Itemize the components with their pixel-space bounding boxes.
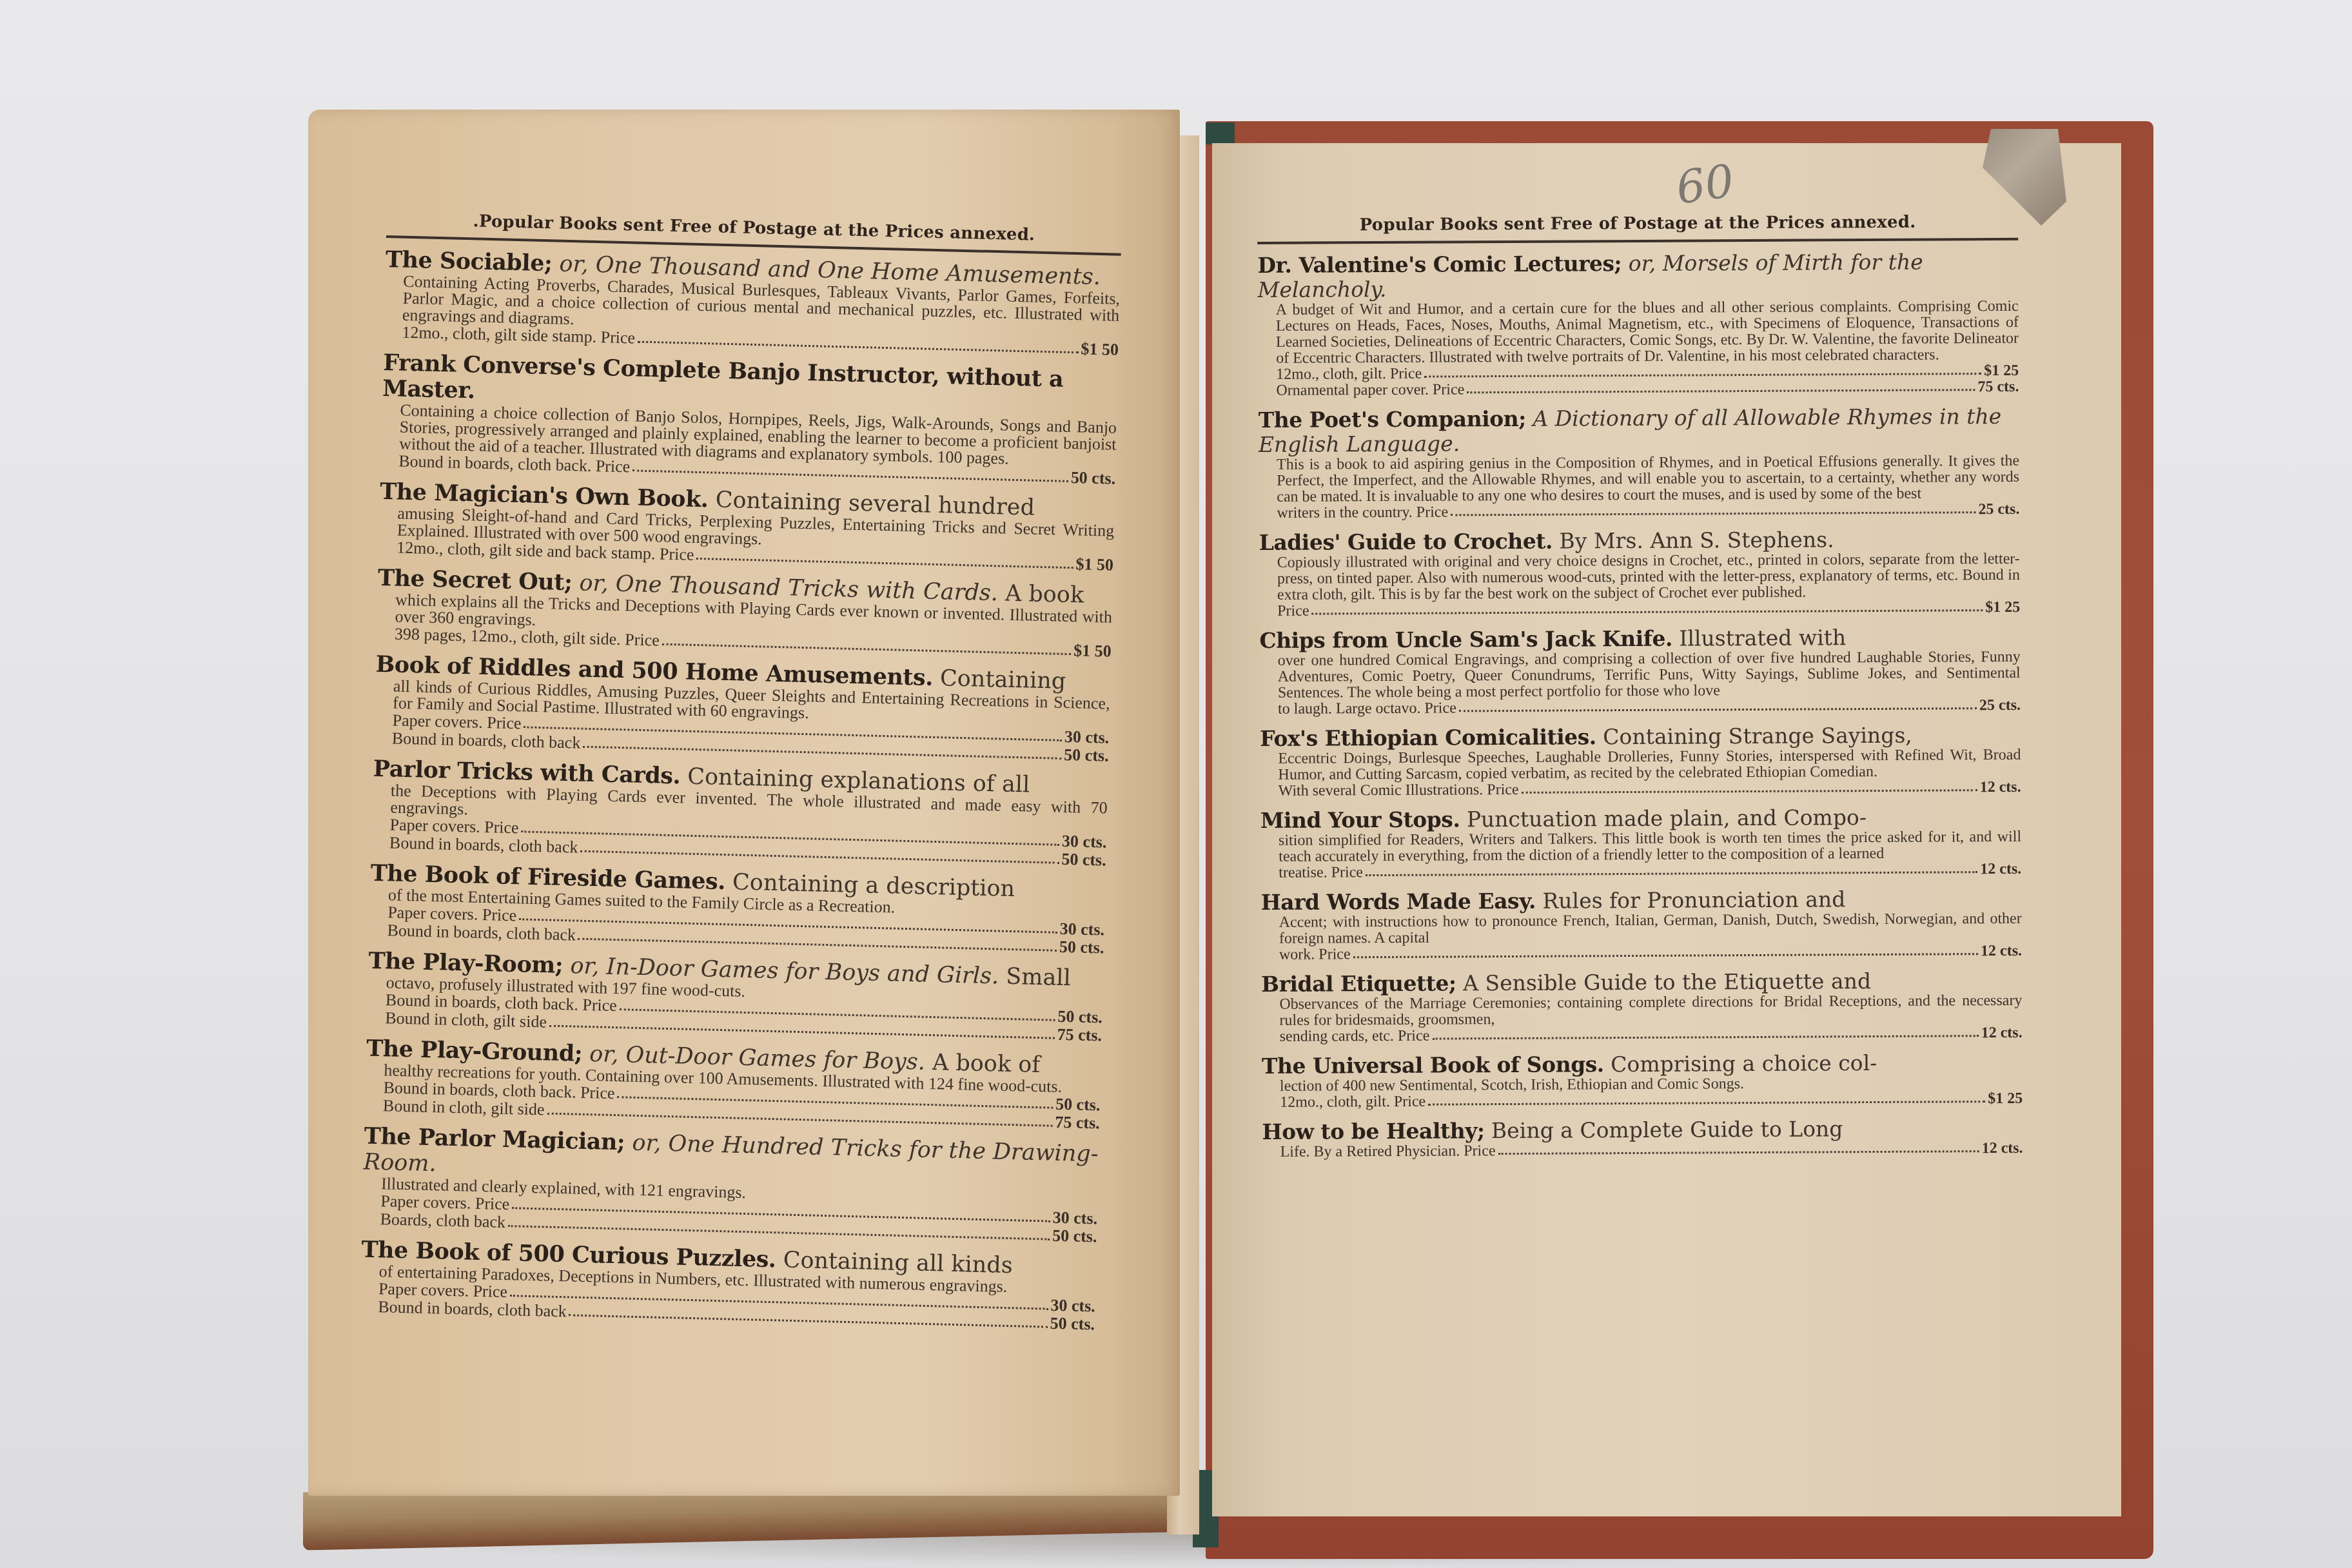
book-title: Bridal Etiquette; [1261,970,1456,997]
book-title: Chips from Uncle Sam's Jack Knife. [1259,626,1672,653]
running-head: Popular Books sent Free of Postage at th… [1257,212,2018,244]
book-lead: A Sensible Guide to the Etiquette and [1463,968,1871,995]
book-description: Observances of the Marriage Ceremonies; … [1261,993,2022,1029]
book-entry: How to be Healthy; Being a Complete Guid… [1262,1116,2023,1161]
book-description: sition simplified for Readers, Writers a… [1260,829,2021,865]
price-value: 25 cts. [1978,502,2019,518]
price-label: Life. By a Retired Physician. Price [1280,1143,1496,1161]
book-title: Mind Your Stops. [1260,807,1460,833]
price-value: 12 cts. [1980,861,2021,877]
pencil-annotation: 60 [1673,154,1738,215]
price-list: writers in the country. Price 25 cts. [1259,502,2019,522]
dot-leader [1467,389,1975,393]
price-label: to laugh. Large octavo. Price [1278,700,1456,717]
dot-leader [638,341,1079,354]
dot-leader [547,1112,1052,1126]
price-value: 75 cts. [1057,1026,1102,1045]
spine-cloth-top [1206,122,1235,144]
book-entry: The Book of 500 Curious Puzzles. Contain… [360,1237,1097,1334]
dot-leader [1428,1101,1985,1106]
dot-leader [580,850,1059,864]
book-entry: The Poet's Companion; A Dictionary of al… [1259,404,2020,522]
book-entry: Book of Riddles and 500 Home Amusements.… [374,652,1111,765]
book-entry: The Magician's Own Book. Containing seve… [378,479,1115,574]
book-entry: Bridal Etiquette; A Sensible Guide to th… [1261,968,2023,1045]
book-description: over one hundred Comical Engravings, and… [1260,649,2021,701]
book-entry: The Universal Book of Songs. Comprising … [1262,1050,2023,1111]
book-title: Frank Converse's Complete Banjo Instruct… [382,349,1064,404]
price-line: Ornamental paper cover. Price 75 cts. [1258,379,2019,399]
price-label: Bound in boards, cloth back [378,1298,567,1320]
book-entry: Hard Words Made Easy. Rules for Pronunci… [1260,887,2022,963]
price-label: Bound in boards, cloth back [387,921,576,944]
book-entry: The Parlor Magician; or, One Hundred Tri… [362,1124,1099,1246]
dot-leader [662,643,1071,656]
dot-leader [696,558,1073,569]
dot-leader [1312,609,1983,614]
price-value: $1 25 [1984,363,2019,379]
book-lead: Rules for Pronunciation and [1542,887,1845,913]
price-list: to laugh. Large octavo. Price 25 cts. [1260,698,2021,718]
price-value: 75 cts. [1055,1113,1100,1133]
book-title: How to be Healthy; [1262,1118,1484,1144]
book-lead: Punctuation made plain, and Compo- [1467,805,1867,832]
price-value: 30 cts. [1052,1209,1097,1228]
book-title: Hard Words Made Easy. [1260,888,1536,915]
book-entry: The Secret Out; or, One Thousand Tricks … [377,565,1113,661]
book-entry: Mind Your Stops. Punctuation made plain,… [1260,805,2022,881]
book-listing: The Sociable; or, One Thousand and One H… [360,247,1121,1333]
book-entry: Ladies' Guide to Crochet. By Mrs. Ann S.… [1259,527,2021,620]
book-entry: Parlor Tricks with Cards. Containing exp… [371,756,1108,870]
book-listing: Dr. Valentine's Comic Lectures; or, Mors… [1257,250,2023,1161]
price-list: 12mo., cloth, gilt. Price $1 25 Ornament… [1258,363,2019,399]
book-description: This is a book to aid aspiring genius in… [1259,453,2019,505]
book-lead: A book of [932,1050,1041,1078]
book-title: Ladies' Guide to Crochet. [1259,529,1553,555]
price-label: Bound in cloth, gilt side [383,1097,545,1119]
price-label: work. Price [1279,946,1351,963]
price-label: Bound in boards, cloth back [389,834,578,856]
dot-leader [1366,871,1977,876]
price-value: $1 25 [1988,1091,2023,1107]
dot-leader [549,1025,1055,1039]
dot-leader [1498,1150,1979,1155]
book-title: The Universal Book of Songs. [1262,1052,1604,1079]
price-value: 25 cts. [1979,698,2021,714]
price-value: 50 cts. [1055,1095,1101,1115]
price-line: writers in the country. Price 25 cts. [1259,502,2019,522]
price-value: 50 cts. [1050,1315,1095,1334]
book-entry: The Play-Ground; or, Out-Door Games for … [365,1036,1102,1133]
book-title: Dr. Valentine's Comic Lectures; [1257,251,1622,278]
price-value: 50 cts. [1057,1008,1102,1027]
price-value: 30 cts. [1062,832,1107,852]
dot-leader [1432,1035,1978,1039]
book-lead: Comprising a choice col- [1611,1050,1877,1077]
book-lead: By Mrs. Ann S. Stephens. [1559,527,1834,553]
price-value: 30 cts. [1059,920,1104,939]
book-lead: A book [1005,581,1084,609]
price-value: 12 cts. [1981,1025,2023,1041]
book-title: The Poet's Companion; [1259,406,1526,433]
price-value: 30 cts. [1050,1297,1095,1316]
dot-leader [632,469,1068,482]
book-description: Accent; with instructions how to pronoun… [1261,911,2022,947]
price-value: 50 cts. [1059,938,1104,957]
price-label: Bound in cloth, gilt side [385,1009,547,1031]
book-entry: The Play-Room; or, In-Door Games for Boy… [367,948,1104,1045]
price-line: to laugh. Large octavo. Price 25 cts. [1260,698,2021,718]
book-description: Copiously illustrated with original and … [1259,551,2020,603]
price-label: Bound in boards, cloth back. Price [398,453,630,476]
price-line: sending cards, etc. Price 12 cts. [1262,1025,2023,1045]
dot-leader [1459,707,1977,712]
price-label: 12mo., cloth, gilt. Price [1276,366,1422,383]
price-value: 50 cts. [1064,746,1109,765]
price-value: 50 cts. [1070,469,1115,488]
price-label: Boards, cloth back [380,1210,505,1231]
book-entry: The Book of Fireside Games. Containing a… [369,861,1106,957]
price-label: Ornamental paper cover. Price [1276,382,1464,399]
left-page-text: .Popular Books sent Free of Postage at t… [360,210,1122,1342]
price-line: Life. By a Retired Physician. Price 12 c… [1262,1141,2023,1161]
price-line: 12mo., cloth, gilt. Price $1 25 [1262,1091,2023,1111]
price-value: $1 50 [1081,340,1119,358]
price-value: 50 cts. [1052,1227,1097,1246]
dot-leader [1353,953,1978,958]
price-value: $1 25 [1985,600,2020,616]
price-list: Life. By a Retired Physician. Price 12 c… [1262,1141,2023,1161]
price-value: 75 cts. [1977,379,2019,395]
price-value: 12 cts. [1981,943,2022,959]
dot-leader [1424,373,1981,378]
dot-leader [569,1314,1048,1328]
book-description: A budget of Wit and Humor, and a certain… [1258,299,2019,367]
price-label: sending cards, etc. Price [1280,1028,1430,1045]
price-list: 12mo., cloth, gilt. Price $1 25 [1262,1091,2023,1111]
price-label: With several Comic Illustrations. Price [1279,782,1519,799]
book-entry: Frank Converse's Complete Banjo Instruct… [380,350,1118,488]
price-value: 30 cts. [1064,728,1110,747]
price-label: 12mo., cloth, gilt. Price [1280,1094,1426,1111]
book-lead: Containing Strange Sayings, [1603,723,1912,750]
book-lead: Small [1006,964,1071,991]
price-value: $1 50 [1075,555,1113,574]
book-lead: Being a Complete Guide to Long [1491,1116,1843,1143]
book-entry: Dr. Valentine's Comic Lectures; or, Mors… [1257,250,2019,399]
book-entry: The Sociable; or, One Thousand and One H… [384,247,1121,359]
book-description: Eccentric Doings, Burlesque Speeches, La… [1260,747,2021,783]
book-lead: Illustrated with [1679,625,1846,651]
price-list: With several Comic Illustrations. Price … [1260,779,2021,799]
dot-leader [578,938,1057,952]
dot-leader [583,746,1061,759]
dot-leader [508,1225,1050,1240]
right-page-text: Popular Books sent Free of Postage at th… [1257,212,2023,1170]
dot-leader [1522,789,1977,794]
price-label: Price [1277,603,1309,620]
price-value: 12 cts. [1980,779,2021,796]
price-label: Bound in boards, cloth back [392,729,581,752]
dot-leader [1451,511,1975,516]
book-entry: Fox's Ethiopian Comicalities. Containing… [1260,723,2021,799]
price-label: writers in the country. Price [1277,504,1448,521]
price-value: $1 50 [1073,642,1112,660]
price-line: With several Comic Illustrations. Price … [1260,779,2021,799]
price-value: 50 cts. [1061,850,1106,870]
price-value: 12 cts. [1982,1141,2023,1157]
price-list: sending cards, etc. Price 12 cts. [1262,1025,2023,1045]
book-entry: Chips from Uncle Sam's Jack Knife. Illus… [1259,625,2021,718]
book-title: Fox's Ethiopian Comicalities. [1260,724,1596,751]
price-label: treatise. Price [1279,865,1363,881]
